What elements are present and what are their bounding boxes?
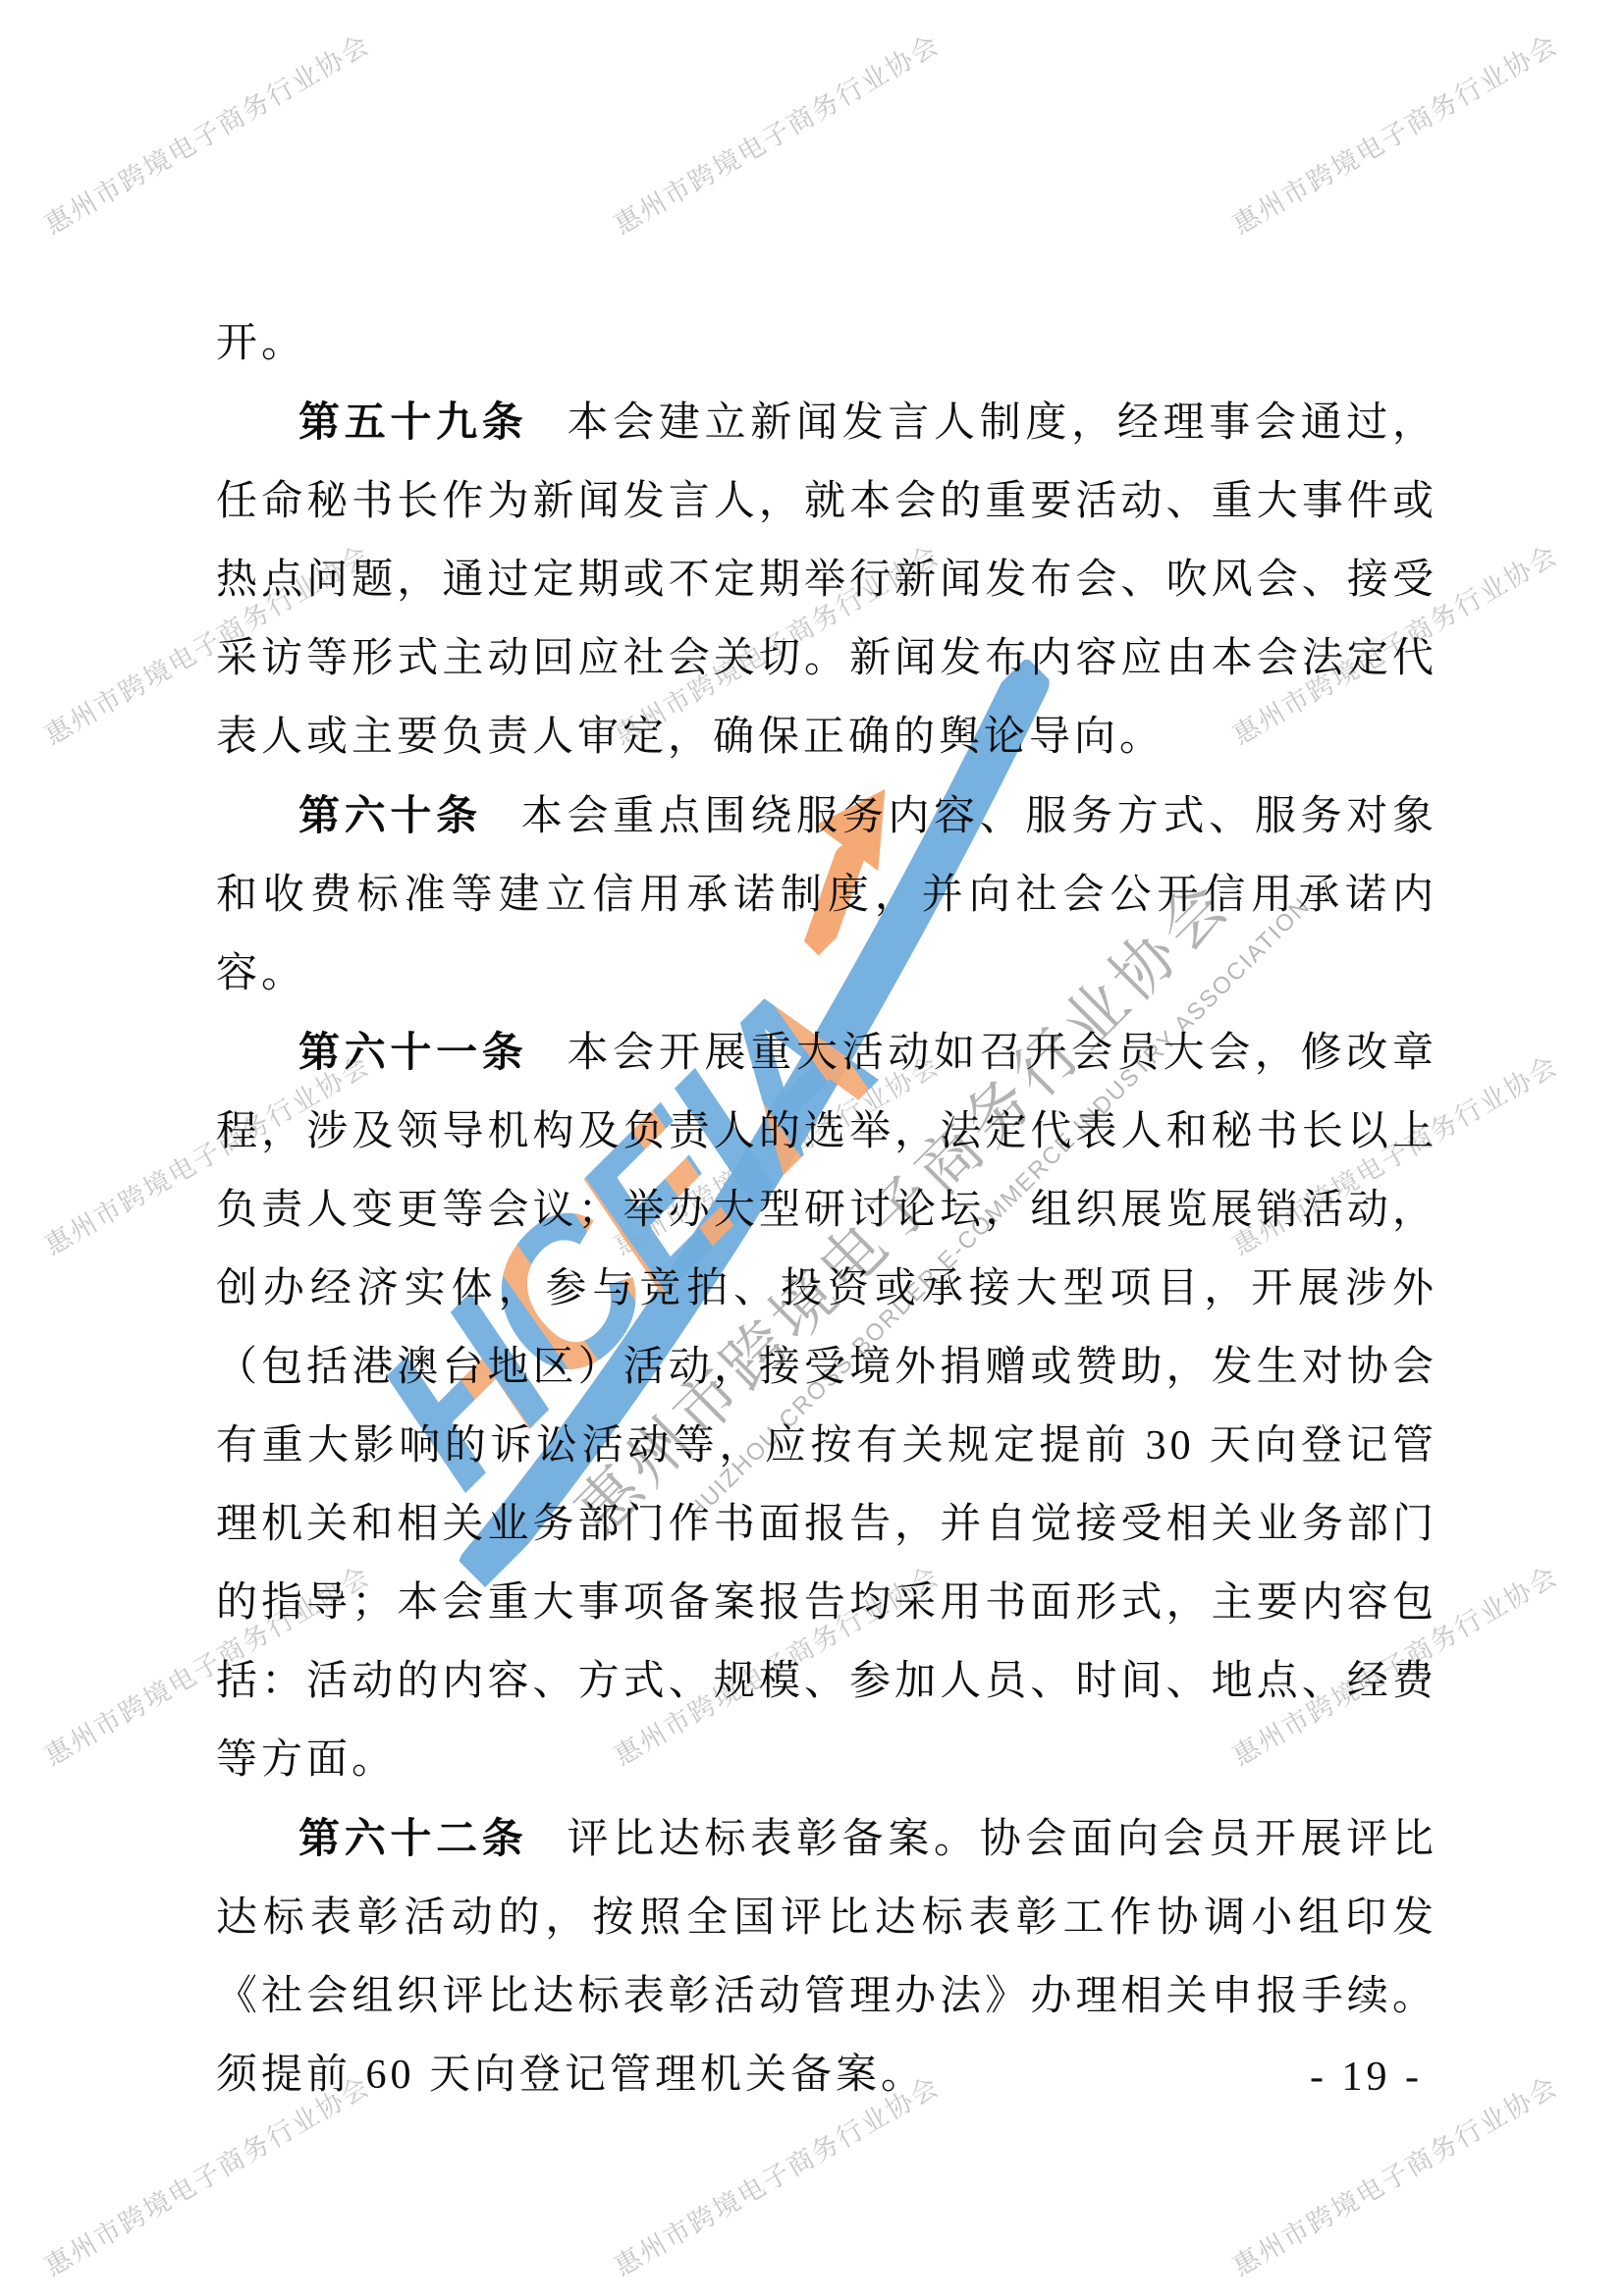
article-paragraph: 第五十九条本会建立新闻发言人制度，经理事会通过，任命秘书长作为新闻发言人，就本会… — [216, 383, 1437, 776]
article-paragraph: 第六十一条本会开展重大活动如召开会员大会，修改章程，涉及领导机构及负责人的选举，… — [216, 1013, 1437, 1799]
article-number: 第五十九条 — [298, 399, 527, 445]
article-paragraph: 第六十条本会重点围绕服务内容、服务方式、服务对象和收费标准等建立信用承诺制度，并… — [216, 776, 1437, 1013]
article-number: 第六十二条 — [298, 1815, 527, 1861]
continuation-text: 开。 — [216, 304, 1437, 383]
article-paragraph: 第六十二条评比达标表彰备案。协会面向会员开展评比达标表彰活动的，按照全国评比达标… — [216, 1799, 1437, 2114]
article-body-text: 本会建立新闻发言人制度，经理事会通过，任命秘书长作为新闻发言人，就本会的重要活动… — [216, 400, 1437, 760]
article-number: 第六十条 — [298, 792, 482, 838]
article-number: 第六十一条 — [298, 1029, 527, 1075]
document-page: 惠州市跨境电子商务行业协会惠州市跨境电子商务行业协会惠州市跨境电子商务行业协会惠… — [0, 0, 1624, 2296]
watermark-tile: 惠州市跨境电子商务行业协会 — [36, 24, 376, 241]
page-number: - 19 - — [1310, 2054, 1423, 2101]
watermark-tile: 惠州市跨境电子商务行业协会 — [606, 24, 946, 241]
watermark-tile: 惠州市跨境电子商务行业协会 — [1224, 24, 1564, 241]
article-body-text: 本会开展重大活动如召开会员大会，修改章程，涉及领导机构及负责人的选举，法定代表人… — [216, 1031, 1437, 1783]
document-body: 开。第五十九条本会建立新闻发言人制度，经理事会通过，任命秘书长作为新闻发言人，就… — [216, 304, 1437, 2114]
